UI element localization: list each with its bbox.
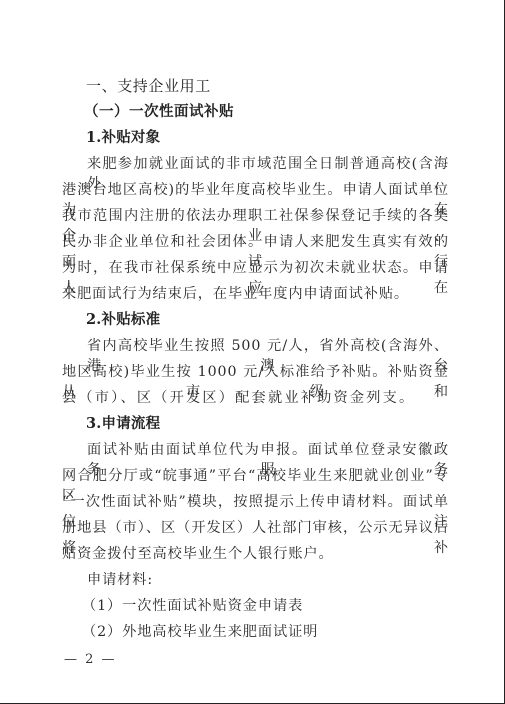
section-heading: 一、支持企业用工 xyxy=(86,76,471,96)
item-heading-subsidy-target: 1.补贴对象 xyxy=(86,128,471,148)
document-page: 一、支持企业用工 （一）一次性面试补贴 1.补贴对象 来肥参加就业面试的非市域范… xyxy=(0,0,505,704)
paragraph-line: 贴资金拨付至高校毕业生个人银行账户。 xyxy=(62,544,447,564)
item-heading-application-process: 3.申请流程 xyxy=(86,414,471,434)
paragraph-line: 来肥面试行为结束后，在毕业年度内申请面试补贴。 xyxy=(62,284,447,304)
materials-label: 申请材料: xyxy=(87,570,472,590)
item-heading-subsidy-standard: 2.补贴标准 xyxy=(86,310,471,330)
subsection-heading: （一）一次性面试补贴 xyxy=(84,102,469,122)
page-number: — 2 — xyxy=(64,652,117,667)
materials-item: （1）一次性面试补贴资金申请表 xyxy=(82,596,467,616)
materials-item: （2）外地高校毕业生来肥面试证明 xyxy=(82,622,467,642)
paragraph-line: 县（市）、区（开发区）配套就业补助资金列支。 xyxy=(62,388,447,408)
